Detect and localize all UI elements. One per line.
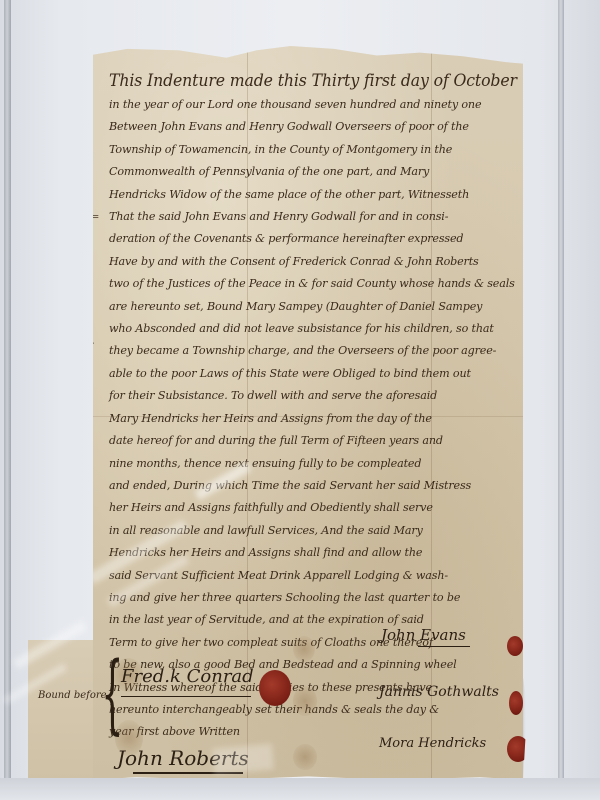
text-line: Township of Towamencin, in the County of… <box>109 139 517 161</box>
signature-john-evans: John Evans <box>381 626 466 644</box>
margin-mark: - <box>91 338 94 349</box>
paper-left-extension <box>28 640 98 780</box>
wax-seal <box>507 636 523 656</box>
text-line: and ended, During which Time the said Se… <box>109 475 517 497</box>
text-line: Mary Hendricks her Heirs and Assigns fro… <box>109 408 517 430</box>
text-line: That the said John Evans and Henry Godwa… <box>109 206 517 228</box>
text-line: are hereunto set, Bound Mary Sampey (Dau… <box>109 296 517 318</box>
text-line: able to the poor Laws of this State were… <box>109 363 517 385</box>
stain <box>293 636 315 662</box>
text-line: they became a Township charge, and the O… <box>109 340 517 362</box>
text-line: Commonwealth of Pennsylvania of the one … <box>109 161 517 183</box>
text-line: Have by and with the Consent of Frederic… <box>109 251 517 273</box>
signature-jannis-gothwalts: Jannis Gothwalts <box>379 684 499 700</box>
signature-fredk-conrad: Fred.k Conrad <box>121 666 254 687</box>
text-line: in the year of our Lord one thousand sev… <box>109 94 517 116</box>
text-line: This Indenture made this Thirty first da… <box>109 68 488 94</box>
signature-underline <box>121 696 251 697</box>
bound-before-label: Bound before <box>38 690 107 701</box>
signature-mora-hendricks: Mora Hendricks <box>379 736 486 751</box>
stain <box>293 744 317 770</box>
sleeve-edge-left <box>4 0 11 800</box>
wax-seal <box>509 691 523 715</box>
text-line: Between John Evans and Henry Godwall Ove… <box>109 116 517 138</box>
indenture-paper: This Indenture made this Thirty first da… <box>93 46 523 780</box>
text-line: nine months, thence next ensuing fully t… <box>109 453 517 475</box>
text-line: Hendricks Widow of the same place of the… <box>109 184 517 206</box>
text-line: date hereof for and during the full Term… <box>109 430 517 452</box>
wax-seal <box>259 670 291 706</box>
margin-mark: = <box>91 212 99 223</box>
sleeve-edge-right <box>558 0 564 800</box>
text-line: who Absconded and did not leave subsista… <box>109 318 517 340</box>
text-line: deration of the Covenants & performance … <box>109 228 517 250</box>
wax-seal <box>507 736 529 762</box>
stain <box>293 686 317 716</box>
text-line: two of the Justices of the Peace in & fo… <box>109 273 517 295</box>
text-line: her Heirs and Assigns faithfully and Obe… <box>109 497 517 519</box>
text-line: for their Subsistance. To dwell with and… <box>109 385 517 407</box>
text-line: ing and give her three quarters Schoolin… <box>109 587 517 609</box>
sleeve-glare <box>212 743 274 774</box>
sleeve-bottom-edge <box>0 778 600 800</box>
signature-underline <box>418 646 470 647</box>
